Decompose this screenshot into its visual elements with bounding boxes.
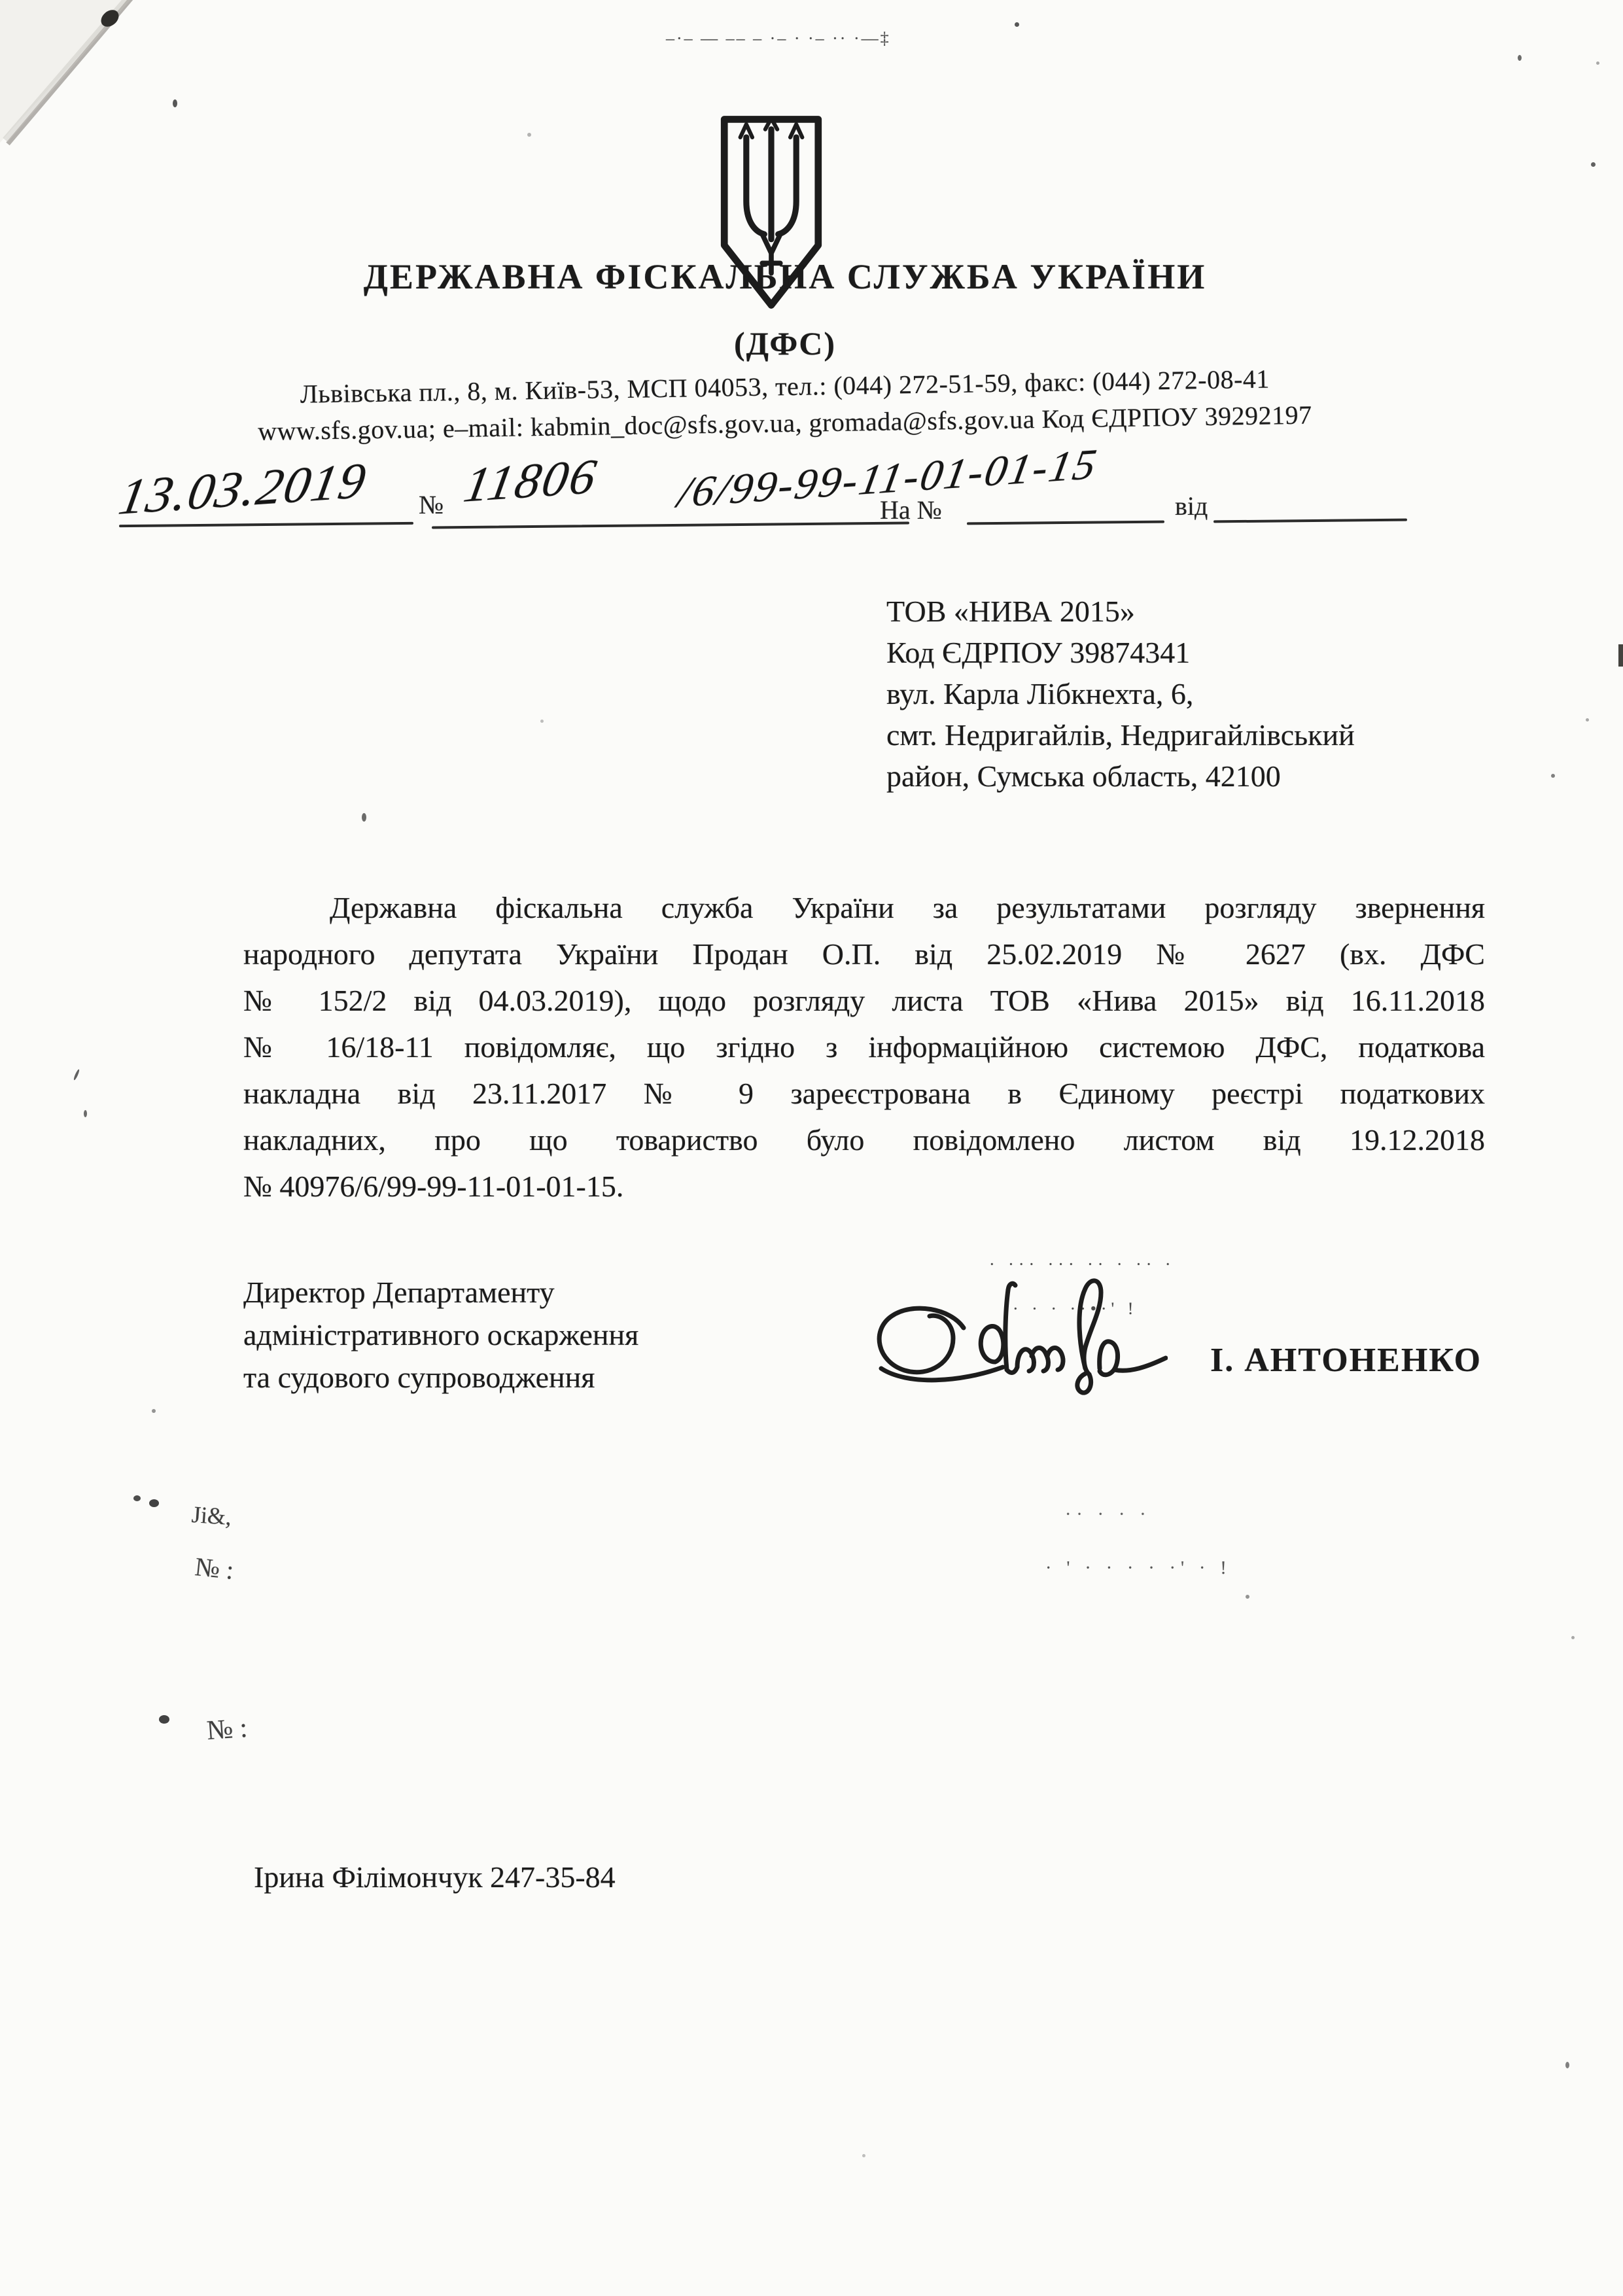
signatory-title-line: та судового супроводження [243, 1356, 638, 1399]
scan-speck [159, 1715, 169, 1724]
ref-number-handwritten: 11806 [460, 448, 602, 514]
stamp-remnant: № : [205, 1713, 248, 1747]
scan-speck [73, 1069, 80, 1081]
org-name: ДЕРЖАВНА ФІСКАЛЬНА СЛУЖБА УКРАЇНИ [0, 256, 1570, 297]
scan-speck [1551, 774, 1555, 778]
body-line: № 16/18-11 повідомляє, що згідно з інфор… [243, 1024, 1485, 1070]
body-paragraph: Державна фіскальна служба України за рез… [243, 884, 1485, 1209]
scan-edge-artifact [1618, 644, 1623, 667]
ref-underline-vid [1213, 519, 1407, 523]
scan-speck [173, 99, 177, 107]
scan-speck [149, 1499, 159, 1507]
scan-speck [133, 1495, 141, 1501]
scan-speck [1518, 55, 1522, 61]
ref-underline-na-no [967, 521, 1164, 525]
scanned-letter-page: –·– — –– – ·– · ·– ·· ·—‡ ДЕРЖАВНА ФІСКА… [0, 0, 1623, 2296]
stamp-remnant: № : [194, 1551, 236, 1586]
body-line: Державна фіскальна служба України за рез… [243, 884, 1485, 931]
scan-speck [152, 1409, 156, 1413]
signatory-title-line: адміністративного оскарження [243, 1313, 638, 1356]
scan-speck [1596, 61, 1599, 65]
signature-scribble [867, 1270, 1168, 1408]
scan-speck [1571, 1636, 1575, 1639]
contact-line: Ірина Філімончук 247-35-84 [254, 1860, 616, 1894]
scan-speck [1015, 22, 1019, 27]
signatory-name: І. АНТОНЕНКО [1210, 1341, 1482, 1380]
scan-speck [1246, 1595, 1249, 1599]
recipient-line: смт. Недригайлів, Недригайлівський [886, 714, 1355, 756]
body-line: № 152/2 від 04.03.2019), щодо розгляду л… [243, 977, 1485, 1024]
signature-dots-row: · · · ··•·' ! [1013, 1299, 1138, 1319]
scan-speck [84, 1110, 87, 1117]
recipient-line: ТОВ «НИВА 2015» [886, 591, 1355, 632]
ref-no-label: № [419, 489, 444, 520]
signatory-title-line: Директор Департаменту [243, 1271, 638, 1313]
body-line: накладних, про що товариство було повідо… [243, 1117, 1485, 1163]
scan-speck [362, 813, 366, 822]
scan-speck [862, 2154, 865, 2157]
body-line: народного депутата України Продан О.П. в… [243, 931, 1485, 977]
recipient-line: район, Сумська область, 42100 [886, 756, 1355, 797]
stamp-remnant: Jі&, [191, 1501, 233, 1531]
ref-vid-label: від [1175, 491, 1208, 521]
signature-dots-row: · ··· ··· ·· · ·· · [989, 1255, 1176, 1274]
recipient-line: вул. Карла Лібкнехта, 6, [886, 673, 1355, 714]
org-abbr: (ДФС) [0, 324, 1570, 362]
recipient-line: Код ЄДРПОУ 39874341 [886, 632, 1355, 673]
corner-fold-artifact [0, 0, 170, 170]
scan-speck [1565, 2062, 1569, 2068]
dot-row-artifact: ·· · · · [1065, 1505, 1151, 1525]
body-line: накладна від 23.11.2017 № 9 зареєстрован… [243, 1070, 1485, 1117]
top-smudge-artifact: –·– — –– – ·– · ·– ·· ·—‡ [666, 29, 891, 48]
scan-speck [1586, 718, 1589, 722]
ref-date-handwritten: 13.03.2019 [114, 451, 372, 527]
dot-row-artifact: · ' · · · · ·' · ! [1045, 1558, 1232, 1579]
recipient-block: ТОВ «НИВА 2015»Код ЄДРПОУ 39874341вул. К… [886, 591, 1355, 797]
scan-speck [540, 720, 544, 723]
scan-speck [527, 133, 531, 137]
scan-speck [1591, 162, 1596, 167]
ref-underline-number [432, 521, 909, 529]
body-line: № 40976/6/99-99-11-01-01-15. [243, 1163, 1485, 1209]
signatory-title-block: Директор Департаментуадміністративного о… [243, 1271, 638, 1399]
